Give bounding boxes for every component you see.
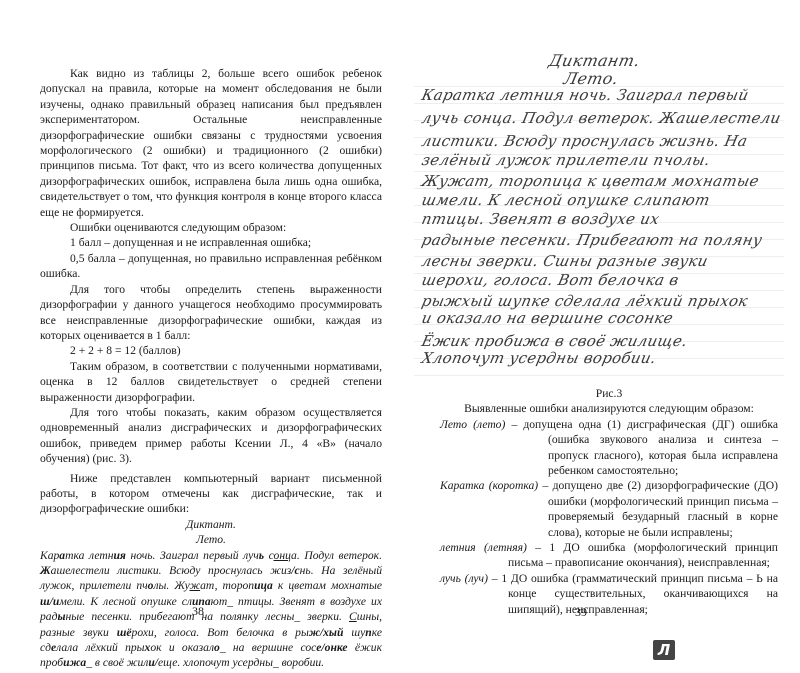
dictation-segment: и/: [148, 656, 158, 669]
dictation-segment: рохи, голоса. Вот белочка в ры: [132, 626, 309, 639]
left-page-text: Как видно из таблицы 2, больше всего оши…: [40, 66, 382, 671]
dictation-title: Лето.: [40, 532, 382, 547]
dictation-segment: С: [349, 610, 357, 623]
figure-caption: Рис.3: [440, 386, 778, 401]
handwritten-text: Диктант.Лето.Каратка летния ночь. Заигра…: [414, 48, 784, 358]
dictation-segment: еще. хлопочут усердны_ воробии.: [158, 656, 324, 669]
handwritten-line: Хлопочут усердны воробии.: [420, 349, 658, 367]
formula: 2 + 2 + 8 = 12 (баллов): [40, 343, 382, 358]
error-description: – допущено две (2) дизорфографические (Д…: [538, 479, 778, 538]
paragraph-table-analysis: Как видно из таблицы 2, больше всего оши…: [40, 66, 382, 220]
handwritten-line: Ёжик пробижа в своё жилище.: [420, 332, 689, 350]
scoring-rule-1: 1 балл – допущенная и не исправленная ош…: [40, 235, 382, 250]
scoring-rule-2: 0,5 балла – допущенная, но правильно исп…: [40, 251, 382, 282]
handwritten-line: шерохи, голоса. Вот белочка в: [420, 271, 680, 289]
publisher-logo-icon: Л: [653, 640, 675, 660]
dictation-segment: ица: [254, 579, 273, 592]
paragraph-sum-intro: Для того чтобы определить степень выраже…: [40, 282, 382, 344]
error-analysis-list: Лето (лето) – допущена одна (1) дисграфи…: [440, 417, 778, 617]
error-term: летния (летняя): [440, 541, 527, 554]
notebook-rule: [414, 375, 784, 376]
handwritten-line: и оказало на вершине сосонке: [420, 309, 675, 327]
dictation-segment: шё: [117, 626, 132, 639]
dictation-segment: ашелестели листики. Всюду проснулась жиз: [51, 564, 292, 577]
dictation-segment: к цветам мохнатые: [273, 579, 382, 592]
dictation-segment: ат, тороп: [200, 579, 254, 592]
handwritten-line: шмели. К лесной опушке слипают: [420, 191, 711, 209]
dictation-segment: ы: [57, 610, 65, 623]
error-term: Каратка (коротка): [440, 479, 538, 492]
error-description: – допущена одна (1) дисграфическая (ДГ) …: [505, 418, 778, 477]
page-number: 39: [561, 605, 601, 620]
handwritten-line: листики. Всюду проснулась жизнь. На: [420, 132, 749, 150]
error-analysis-entry: Лето (лето) – допущена одна (1) дисграфи…: [440, 417, 778, 479]
dictation-segment: с: [264, 549, 273, 562]
handwritten-line: зелёный лужок прилетели пчолы.: [420, 151, 712, 169]
dictation-segment: _ в своё жил: [86, 656, 148, 669]
handwritten-line: радыные песенки. Прибегают на поляну: [420, 231, 764, 249]
dictation-heading: Диктант.: [40, 517, 382, 532]
dictation-segment: шу: [343, 626, 365, 639]
dictation-segment: ж/хый: [309, 626, 344, 639]
error-term: Лето (лето): [440, 418, 505, 431]
left-page: Как видно из таблицы 2, больше всего оши…: [0, 0, 400, 673]
handwritten-line: рыжхый шупке сделала лёхкий прыхок: [420, 292, 750, 310]
error-analysis-entry: летния (летняя) – 1 ДО ошибка (морфологи…: [440, 540, 778, 571]
handwritten-line: лесны зверки. Сшны разные звуки: [420, 252, 710, 270]
paragraph-example: Для того чтобы показать, каким образом о…: [40, 405, 382, 467]
handwritten-line: Жужат, торопица к цветам мохнатые: [420, 172, 761, 190]
dictation-segment: ж: [189, 579, 200, 592]
dictation-segment: мели. К лесной опушке сл: [59, 595, 192, 608]
error-description: – 1 ДО ошибка (морфологический принцип п…: [508, 541, 778, 569]
dictation-segment: ш/и: [40, 595, 59, 608]
paragraph-below: Ниже представлен компьютерный вариант пи…: [40, 471, 382, 517]
paragraph-conclusion: Таким образом, в соответствии с полученн…: [40, 359, 382, 405]
dictation-segment: _ на вершине сос: [220, 641, 316, 654]
handwritten-line: лучь сонца. Подул ветерок. Жашелестели: [420, 109, 782, 127]
dictation-segment: ночь. Заиграл первый луч: [126, 549, 259, 562]
error-analysis-entry: лучь (луч) – 1 ДО ошибка (грамматический…: [440, 571, 778, 617]
dictation-segment: ижа: [63, 656, 86, 669]
error-term: лучь (луч): [440, 572, 488, 585]
dictation-segment: Ж: [40, 564, 51, 577]
dictation-segment: /с: [291, 564, 299, 577]
error-description: – 1 ДО ошибка (грамматический принцип пи…: [488, 572, 778, 616]
right-page-text: Рис.3 Выявленные ошибки анализируются сл…: [440, 386, 778, 617]
analysis-intro: Выявленные ошибки анализируются следующи…: [440, 401, 778, 416]
handwritten-dictation-figure: Диктант.Лето.Каратка летния ночь. Заигра…: [414, 48, 784, 358]
dictation-segment: онц: [274, 549, 292, 562]
dictation-segment: ия: [113, 549, 125, 562]
dictation-segment: тка летн: [65, 549, 113, 562]
right-page: Диктант.Лето.Каратка летния ночь. Заигра…: [400, 0, 800, 673]
dictation-segment: ок и оказал: [150, 641, 214, 654]
dictation-segment: а. Подул ветерок.: [291, 549, 382, 562]
dictation-segment: лы. Жу: [153, 579, 189, 592]
dictation-segment: е/онке: [316, 641, 347, 654]
error-analysis-entry: Каратка (коротка) – допущено две (2) диз…: [440, 478, 778, 540]
handwritten-line: Диктант.: [547, 51, 642, 70]
handwritten-line: Каратка летния ночь. Заиграл первый: [420, 86, 750, 104]
handwritten-line: птицы. Звенят в воздухе их: [420, 210, 661, 228]
paragraph-scoring-intro: Ошибки оцениваются следующим образом:: [40, 220, 382, 235]
dictation-segment: лала лёхкий пры: [56, 641, 144, 654]
page-number: 38: [178, 604, 218, 619]
dictation-segment: Кар: [40, 549, 59, 562]
